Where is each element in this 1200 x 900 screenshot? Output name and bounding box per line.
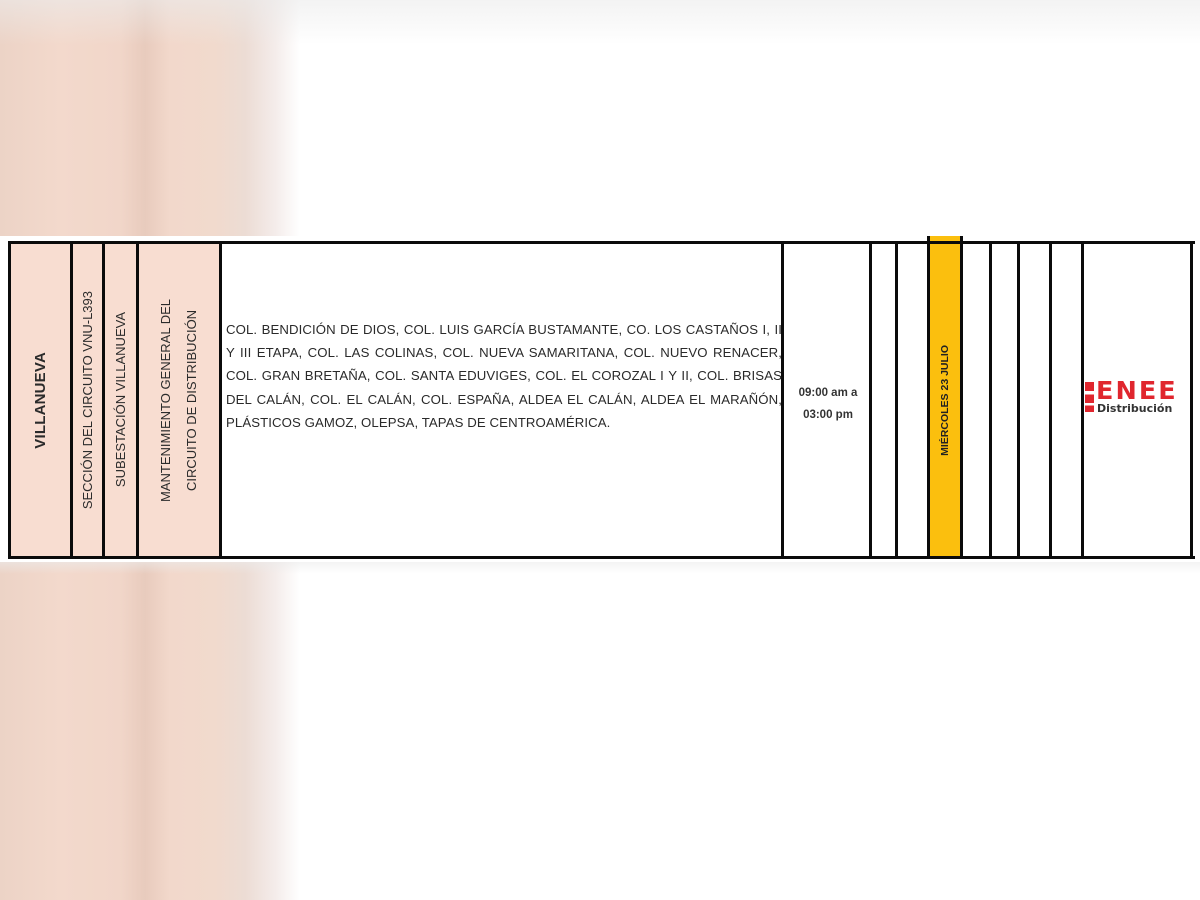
column-divider: [960, 236, 963, 558]
substation-label: SUBESTACIÓN VILLANUEVA: [113, 312, 129, 487]
circuit-section-cell: SECCIÓN DEL CIRCUITO VNU-L393: [73, 242, 102, 558]
time-end: 03:00 pm: [785, 404, 871, 426]
column-divider: [895, 242, 898, 558]
column-divider: [989, 242, 992, 558]
substation-cell: SUBESTACIÓN VILLANUEVA: [105, 242, 136, 558]
blurred-background-top: [0, 0, 1200, 236]
blurred-background-bottom: [0, 562, 1200, 900]
column-divider: [1017, 242, 1020, 558]
work-type-cell: MANTENIMIENTO GENERAL DEL CIRCUITO DE DI…: [139, 242, 219, 558]
city-label: VILLANUEVA: [32, 352, 49, 449]
work-type-label: MANTENIMIENTO GENERAL DEL CIRCUITO DE DI…: [153, 299, 205, 502]
enee-logo: ENEE Distribución: [1085, 378, 1193, 418]
column-divider: [1049, 242, 1052, 558]
date-label-cell: MIÉRCOLES 23 JULIO: [930, 242, 960, 558]
circuit-section-label: SECCIÓN DEL CIRCUITO VNU-L393: [80, 291, 96, 509]
column-divider: [219, 242, 222, 558]
column-divider: [1081, 242, 1084, 558]
outage-schedule-table: VILLANUEVA SECCIÓN DEL CIRCUITO VNU-L393…: [0, 236, 1200, 562]
date-label: MIÉRCOLES 23 JULIO: [939, 345, 951, 456]
affected-sectors-text: COL. BENDICIÓN DE DIOS, COL. LUIS GARCÍA…: [226, 318, 782, 434]
logo-subtitle: Distribución: [1097, 403, 1172, 415]
time-start: 09:00 am a: [785, 382, 871, 404]
logo-name: ENEE: [1096, 377, 1178, 405]
city-label-cell: VILLANUEVA: [11, 242, 70, 558]
enee-logo-icon: [1085, 382, 1094, 412]
time-range: 09:00 am a 03:00 pm: [785, 382, 871, 426]
